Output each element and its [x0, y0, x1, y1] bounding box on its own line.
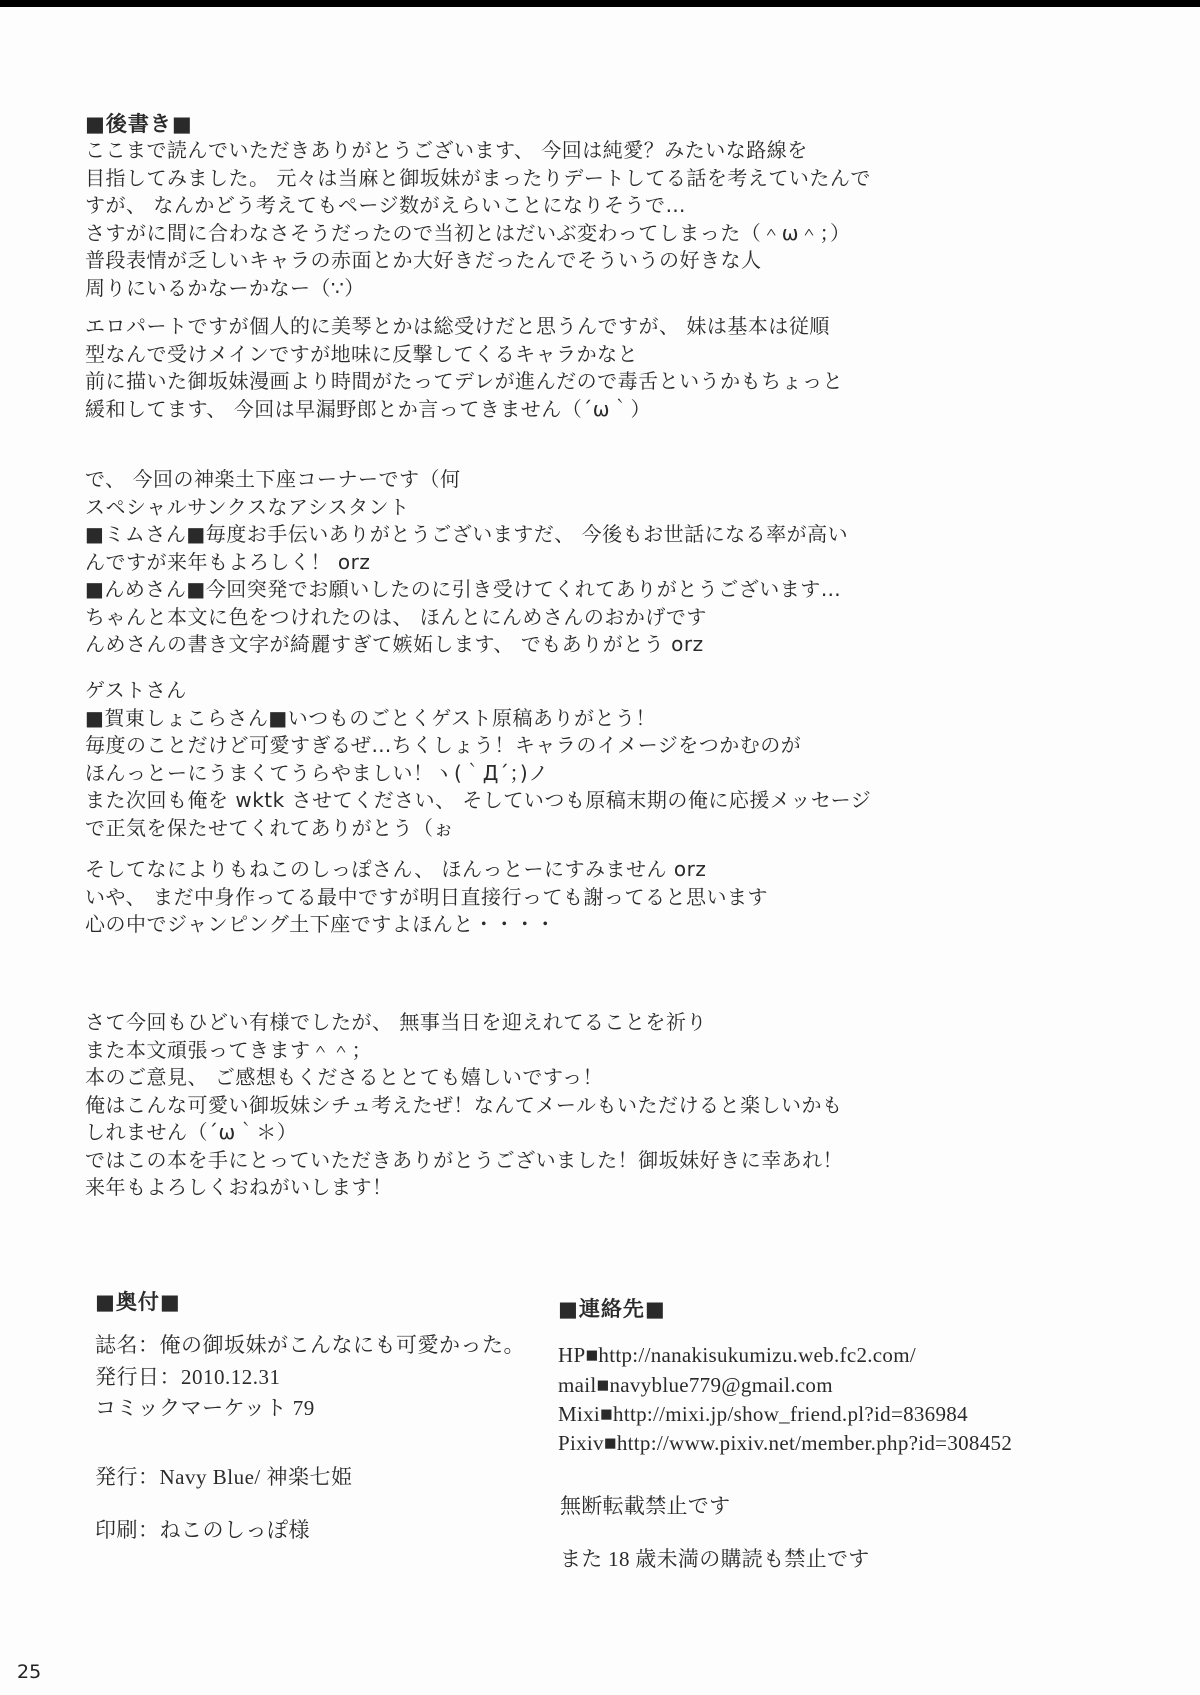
colophon-publish-date: 発行日：2010.12.31	[95, 1362, 555, 1393]
colophon-book-title: 誌名：俺の御坂妹がこんなにも可愛かった。	[95, 1330, 555, 1361]
contact-title: ■連絡先■	[558, 1293, 666, 1323]
colophon-title: ■奥付■	[95, 1286, 181, 1316]
afterword-character-notes-paragraph: エロパートですが個人的に美琴とかは総受けだと思うんですが、 妹は基本は従順 型な…	[85, 313, 1155, 423]
afterword-intro-paragraph: ここまで読んでいただきありがとうございます、 今回は純愛？みたいな路線を 目指し…	[85, 137, 1155, 302]
no-reprint-notice: 無断転載禁止です	[560, 1492, 1180, 1522]
afterword-assistant-thanks-paragraph: で、 今回の神楽土下座コーナーです（何 スペシャルサンクスなアシスタント ■ミム…	[85, 466, 1155, 659]
scanned-document-page: ■後書き■ ここまで読んでいただきありがとうございます、 今回は純愛？みたいな路…	[0, 0, 1200, 1695]
contact-pixiv-url: Pixiv■http://www.pixiv.net/member.php?id…	[558, 1429, 1178, 1459]
colophon-publisher: 発行：Navy Blue/ 神楽七姫	[95, 1462, 555, 1493]
contact-hp-url: HP■http://nanakisukumizu.web.fc2.com/	[558, 1341, 1178, 1371]
contact-mixi-url: Mixi■http://mixi.jp/show_friend.pl?id=83…	[558, 1400, 1178, 1430]
age-restriction-notice: また 18 歳未満の購読も禁止です	[560, 1545, 1180, 1575]
afterword-closing-paragraph: さて今回もひどい有様でしたが、 無事当日を迎えれてることを祈り また本文頑張って…	[85, 1009, 1155, 1202]
afterword-printer-apology-paragraph: そしてなによりもねこのしっぽさん、 ほんっとーにすみません orz いや、 まだ…	[85, 856, 1155, 939]
top-border-bar	[0, 0, 1200, 7]
contact-mail-address: mail■navyblue779@gmail.com	[558, 1371, 1178, 1401]
colophon-printer: 印刷：ねこのしっぽ様	[95, 1515, 555, 1546]
page-number: 25	[17, 1661, 41, 1683]
afterword-title: ■後書き■	[85, 108, 193, 138]
colophon-event-name: コミックマーケット 79	[95, 1393, 555, 1424]
afterword-guest-thanks-paragraph: ゲストさん ■賀東しょこらさん■いつものごとくゲスト原稿ありがとう！ 毎度のこと…	[85, 677, 1155, 842]
